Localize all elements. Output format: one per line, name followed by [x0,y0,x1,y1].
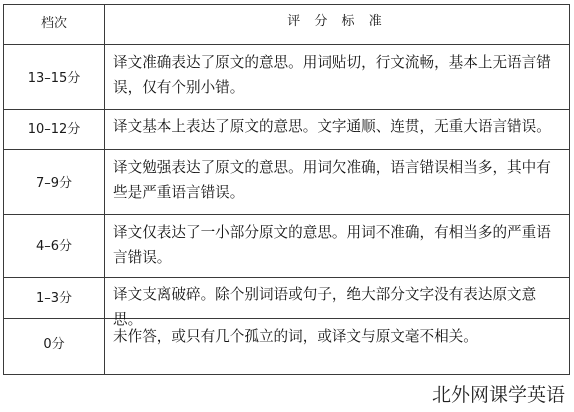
table-row: 10–12分 译文基本上表达了原文的意思。文字通顺、连贯，无重大语言错误。 [4,110,569,150]
header-criteria: 评 分 标 准 [105,5,569,44]
score-level-cell: 1–3分 [4,278,105,318]
score-level-cell: 7–9分 [4,150,105,214]
score-level: 1–3分 [4,287,104,306]
table-row: 4–6分 译文仅表达了一小部分原文的意思。用词不准确，有相当多的严重语言错误。 [4,215,569,278]
table-row: 7–9分 译文勉强表达了原文的意思。用词欠准确，语言错误相当多，其中有些是严重语… [4,150,569,215]
header-level: 档次 [4,5,105,44]
table-header-row: 档次 评 分 标 准 [4,5,569,45]
header-level-label: 档次 [4,12,104,31]
score-level-cell: 10–12分 [4,110,105,149]
score-level: 13–15分 [4,67,104,86]
criteria-cell: 译文准确表达了原文的意思。用词贴切，行文流畅，基本上无语言错误，仅有个别小错。 [105,45,569,109]
score-level: 4–6分 [4,235,104,254]
criteria-cell: 译文勉强表达了原文的意思。用词欠准确，语言错误相当多，其中有些是严重语言错误。 [105,150,569,214]
score-level-cell: 4–6分 [4,215,105,277]
score-level-cell: 13–15分 [4,45,105,109]
table-row: 13–15分 译文准确表达了原文的意思。用词贴切，行文流畅，基本上无语言错误，仅… [4,45,569,110]
criteria-cell: 未作答，或只有几个孤立的词，或译文与原文毫不相关。 [105,319,569,375]
criteria-cell: 译文基本上表达了原文的意思。文字通顺、连贯，无重大语言错误。 [105,110,569,149]
criteria-cell: 译文支离破碎。除个别词语或句子，绝大部分文字没有表达原文意思。 [105,278,569,318]
criteria-cell: 译文仅表达了一小部分原文的意思。用词不准确，有相当多的严重语言错误。 [105,215,569,277]
score-level: 10–12分 [4,118,104,137]
score-level: 7–9分 [4,172,104,191]
score-level: 0分 [4,333,104,352]
table-row: 1–3分 译文支离破碎。除个别词语或句子，绝大部分文字没有表达原文意思。 [4,278,569,319]
table-row: 0分 未作答，或只有几个孤立的词，或译文与原文毫不相关。 [4,319,569,375]
scoring-criteria-table: 档次 评 分 标 准 13–15分 译文准确表达了原文的意思。用词贴切，行文流畅… [3,4,570,375]
watermark-text: 北外网课学英语 [432,380,565,407]
score-level-cell: 0分 [4,319,105,375]
